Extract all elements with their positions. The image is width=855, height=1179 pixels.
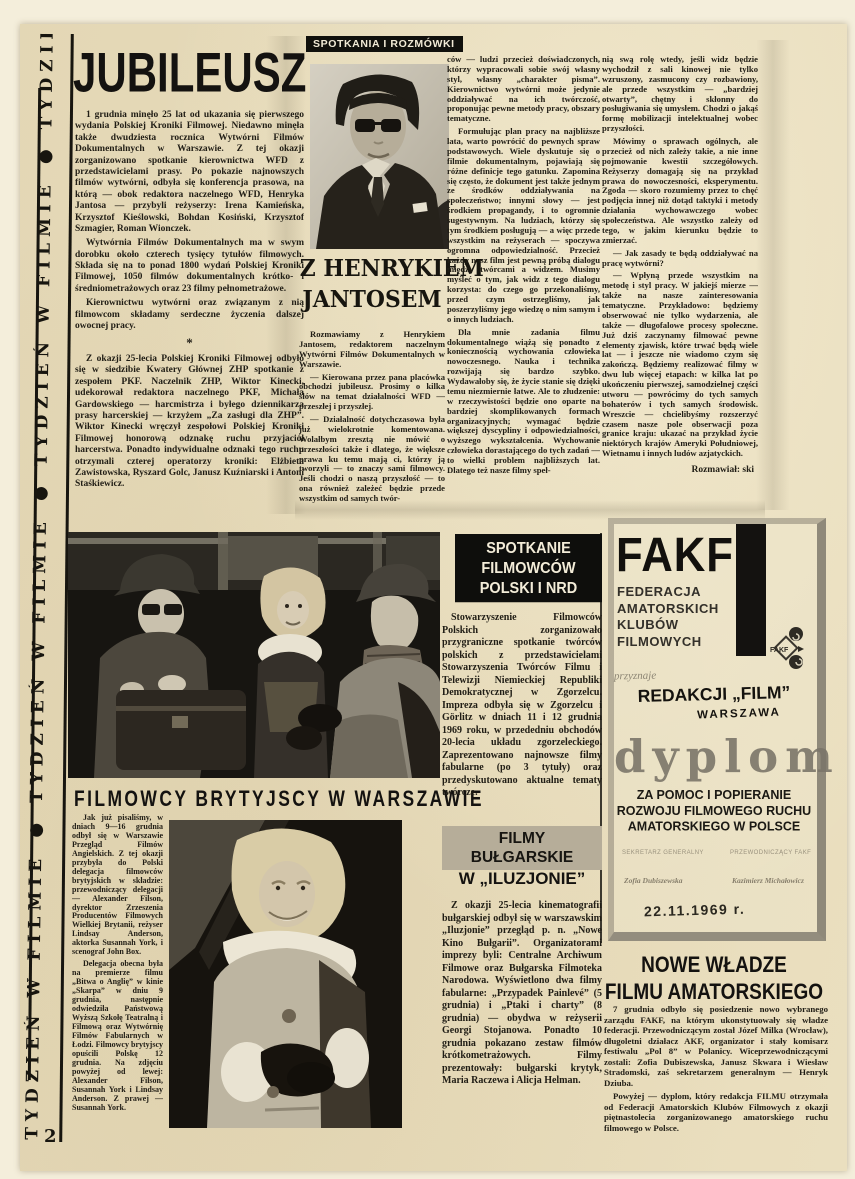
fakf-diploma: FAKF FEDERACJA AMATORSKICH KLUBÓW FILMOW… xyxy=(608,518,826,941)
fakf-org-line2: AMATORSKICH xyxy=(617,601,719,618)
interview-headline: Z HENRYKIEM JANTOSEM xyxy=(300,253,444,315)
nrd-title-line3: POLSKI I NRD xyxy=(455,579,602,599)
jubileusz-headline: JUBILEUSZ xyxy=(73,40,306,105)
jubileusz-article: 1 grudnia minęło 25 lat od ukazania się … xyxy=(75,110,304,510)
kicker-spotkania-i-rozmowki: SPOTKANIA I ROZMÓWKI xyxy=(306,36,463,52)
svg-text:FAKF: FAKF xyxy=(770,647,789,654)
paragraph: Z okazji 25-lecia Polskiej Kroniki Filmo… xyxy=(75,354,304,491)
fakf-citation-line2: ROZWOJU FILMOWEGO RUCHU xyxy=(612,803,816,819)
fakf-org-line4: FILMOWYCH xyxy=(617,634,719,651)
magazine-page: TYDZIEŃ W FILMIE ● TYDZIEŃ W FILMIE ● TY… xyxy=(0,0,855,1179)
authorities-headline-line2: FILMU AMATORSKIEGO xyxy=(604,979,824,1006)
nrd-title-line1: SPOTKANIE xyxy=(455,539,602,559)
authorities-headline-line1: NOWE WŁADZE xyxy=(604,952,824,979)
susannah-york-photo xyxy=(169,820,402,1128)
interview-column-b: ców — ludzi przecież doświadczonych, któ… xyxy=(447,55,600,513)
nrd-title-box: SPOTKANIE FILMOWCÓW POLSKI I NRD xyxy=(455,534,602,602)
star-separator: * xyxy=(75,335,304,351)
york-illustration xyxy=(169,820,402,1128)
paragraph: Stowarzyszenie Filmowców Polskich zorgan… xyxy=(442,612,602,800)
interview-column-c: nią swą rolę wtedy, jeśli widz będzie wy… xyxy=(602,55,758,510)
interview-headline-line2: JANTOSEM xyxy=(300,284,444,315)
paragraph: Z okazji 25-lecia kinematografii bułgars… xyxy=(442,900,602,1088)
paragraph: nią swą rolę wtedy, jeśli widz będzie wy… xyxy=(602,55,758,134)
fakf-citation: ZA POMOC I POPIERANIE ROZWOJU FILMOWEGO … xyxy=(612,788,816,835)
fakf-sig-right-name: Kazimierz Michałowicz xyxy=(732,876,804,885)
paragraph: Formułując plan pracy na najbliższe lata… xyxy=(447,127,600,325)
fakf-logo-text: FAKF xyxy=(616,526,734,582)
fakf-org-name: FEDERACJA AMATORSKICH KLUBÓW FILMOWYCH xyxy=(617,584,719,650)
page-number: 2 xyxy=(44,1126,57,1147)
authorities-headline: NOWE WŁADZE FILMU AMATORSKIEGO xyxy=(604,952,824,1006)
fakf-citation-line3: AMATORSKIEGO W POLSCE xyxy=(612,819,816,835)
paragraph: 1 grudnia minęło 25 lat od ukazania się … xyxy=(75,110,304,235)
paragraph: ców — ludzi przecież doświadczonych, któ… xyxy=(447,55,600,124)
interview-column-a: Rozmawiamy z Henrykiem Jantosem, redakto… xyxy=(299,330,445,514)
paragraph: — Kierowana przez pana placówka obchodzi… xyxy=(299,373,445,413)
fakf-sig-left-name: Zofia Dubiszewska xyxy=(624,876,683,885)
paragraph: Powyżej — dyplom, który redakcja FILMU o… xyxy=(604,1091,828,1133)
car-scene-illustration xyxy=(68,532,440,778)
jantos-portrait-photo xyxy=(310,64,449,249)
paragraph: Mówimy o sprawach ogólnych, ale przecież… xyxy=(602,137,758,246)
fakf-dyplom-word: dyplom xyxy=(614,730,814,783)
fakf-emblem-icon: FAKF xyxy=(766,626,810,670)
paragraph: — Jak zasady te będą oddziaływać na prac… xyxy=(602,249,758,269)
bulgarian-title-line1: FILMY xyxy=(442,829,602,848)
british-delegation-car-photo xyxy=(68,532,440,778)
paragraph: Jak już pisaliśmy, w dniach 9—16 grudnia… xyxy=(72,814,163,957)
fakf-date: 22.11.1969 r. xyxy=(644,901,746,920)
paragraph: Dla mnie zadania filmu dokumentalnego wi… xyxy=(447,328,600,476)
jantos-portrait-illustration xyxy=(310,64,449,249)
british-article: Jak już pisaliśmy, w dniach 9—16 grudnia… xyxy=(72,814,163,1132)
bulgarian-article: Z okazji 25-lecia kinematografii bułgars… xyxy=(442,900,602,1140)
fakf-emblem: FAKF xyxy=(766,626,810,670)
bulgarian-title-line3: W „ILUZJONIE” xyxy=(442,869,602,889)
fakf-citation-line1: ZA POMOC I POPIERANIE xyxy=(612,788,816,804)
fakf-org-line1: FEDERACJA xyxy=(617,584,719,601)
bulgarian-title-box: FILMY BUŁGARSKIE xyxy=(442,826,602,870)
paragraph: 7 grudnia odbyło się posiedzenie nowo wy… xyxy=(604,1004,828,1088)
fakf-org-line3: KLUBÓW xyxy=(617,617,719,634)
authorities-article: 7 grudnia odbyło się posiedzenie nowo wy… xyxy=(604,1004,828,1142)
paragraph: — Działalność dotychczasowa była już wie… xyxy=(299,415,445,504)
nrd-article: Stowarzyszenie Filmowców Polskich zorgan… xyxy=(442,612,602,812)
paragraph: Wytwórnia Filmów Dokumentalnych ma w swy… xyxy=(75,238,304,295)
paragraph: Delegacja obecna była na premierze filmu… xyxy=(72,960,163,1112)
british-headline: FILMOWCY BRYTYJSCY W WARSZAWIE xyxy=(74,786,484,812)
bulgarian-title-line2: BUŁGARSKIE xyxy=(442,848,602,867)
fakf-recipient-city: WARSZAWA xyxy=(674,706,804,723)
fakf-sig-left-label: SEKRETARZ GENERALNY xyxy=(622,850,704,856)
paragraph: — Wpłyną przede wszystkim na metodę i st… xyxy=(602,271,758,459)
paragraph: Kierownictwu wytwórni oraz związanym z n… xyxy=(75,298,304,332)
fakf-sig-right-label: PRZEWODNICZĄCY FAKF xyxy=(730,850,811,856)
fakf-grants-word: przyznaje xyxy=(614,670,656,683)
fakf-recipient: REDAKCJI „FILM” xyxy=(614,681,814,707)
fakf-logo-bar xyxy=(736,524,766,656)
paragraph: Rozmawiamy z Henrykiem Jantosem, redakto… xyxy=(299,330,445,370)
interview-headline-line1: Z HENRYKIEM xyxy=(300,253,444,284)
interview-signoff: Rozmawiał: ski xyxy=(602,465,758,476)
nrd-title-line2: FILMOWCÓW xyxy=(455,559,602,579)
